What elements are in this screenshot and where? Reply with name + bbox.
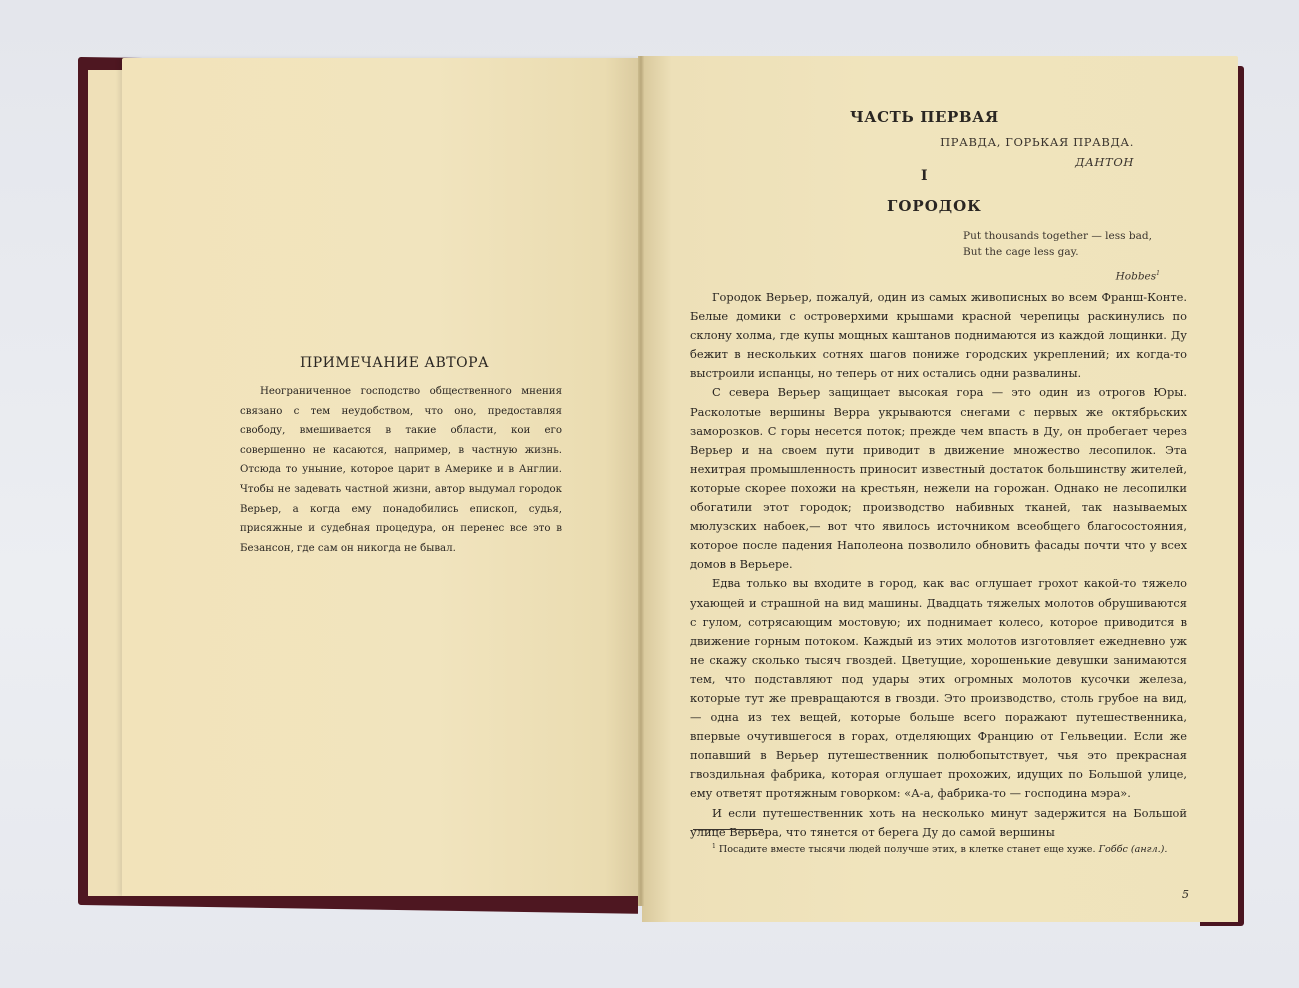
epigraph-line-2: But the cage less gay. [963, 244, 1160, 260]
page-number: 5 [1182, 888, 1189, 901]
epigraph-danton: ПРАВДА, ГОРЬКАЯ ПРАВДА. ДАНТОН [940, 132, 1134, 172]
epigraph-hobbes: Put thousands together — less bad, But t… [963, 228, 1160, 285]
body-paragraph: Городок Верьер, пожалуй, один из самых ж… [690, 288, 1187, 383]
chapter-number: I [921, 168, 928, 184]
footnote-text: Посадите вместе тысячи людей получше эти… [719, 844, 1096, 855]
epigraph-author: Hobbes [1116, 271, 1157, 283]
epigraph-text: ПРАВДА, ГОРЬКАЯ ПРАВДА. [940, 132, 1134, 152]
body-paragraph: Едва только вы входите в город, как вас … [690, 574, 1187, 803]
epigraph-author-line: Hobbes1 [963, 266, 1160, 285]
body-paragraph: И если путешественник хоть на несколько … [690, 804, 1187, 842]
note-body: Неограниченное господство общественного … [240, 382, 562, 558]
body-paragraph: С севера Верьер защищает высокая гора — … [690, 383, 1187, 574]
footnote-marker: 1 [1156, 270, 1160, 277]
book-gutter [638, 56, 644, 906]
epigraph-author: ДАНТОН [940, 152, 1134, 172]
note-paragraph: Неограниченное господство общественного … [240, 382, 562, 558]
footnote-source: Гоббс (англ.). [1099, 844, 1168, 855]
note-title: ПРИМЕЧАНИЕ АВТОРА [300, 355, 550, 371]
chapter-body: Городок Верьер, пожалуй, один из самых ж… [690, 288, 1187, 842]
part-title: ЧАСТЬ ПЕРВАЯ [850, 108, 999, 126]
footnote-mark: 1 [712, 843, 716, 850]
footnote: 1 Посадите вместе тысячи людей получше э… [690, 838, 1187, 859]
chapter-title: ГОРОДОК [887, 197, 982, 215]
footnote-divider [693, 829, 763, 830]
epigraph-line-1: Put thousands together — less bad, [963, 228, 1160, 244]
